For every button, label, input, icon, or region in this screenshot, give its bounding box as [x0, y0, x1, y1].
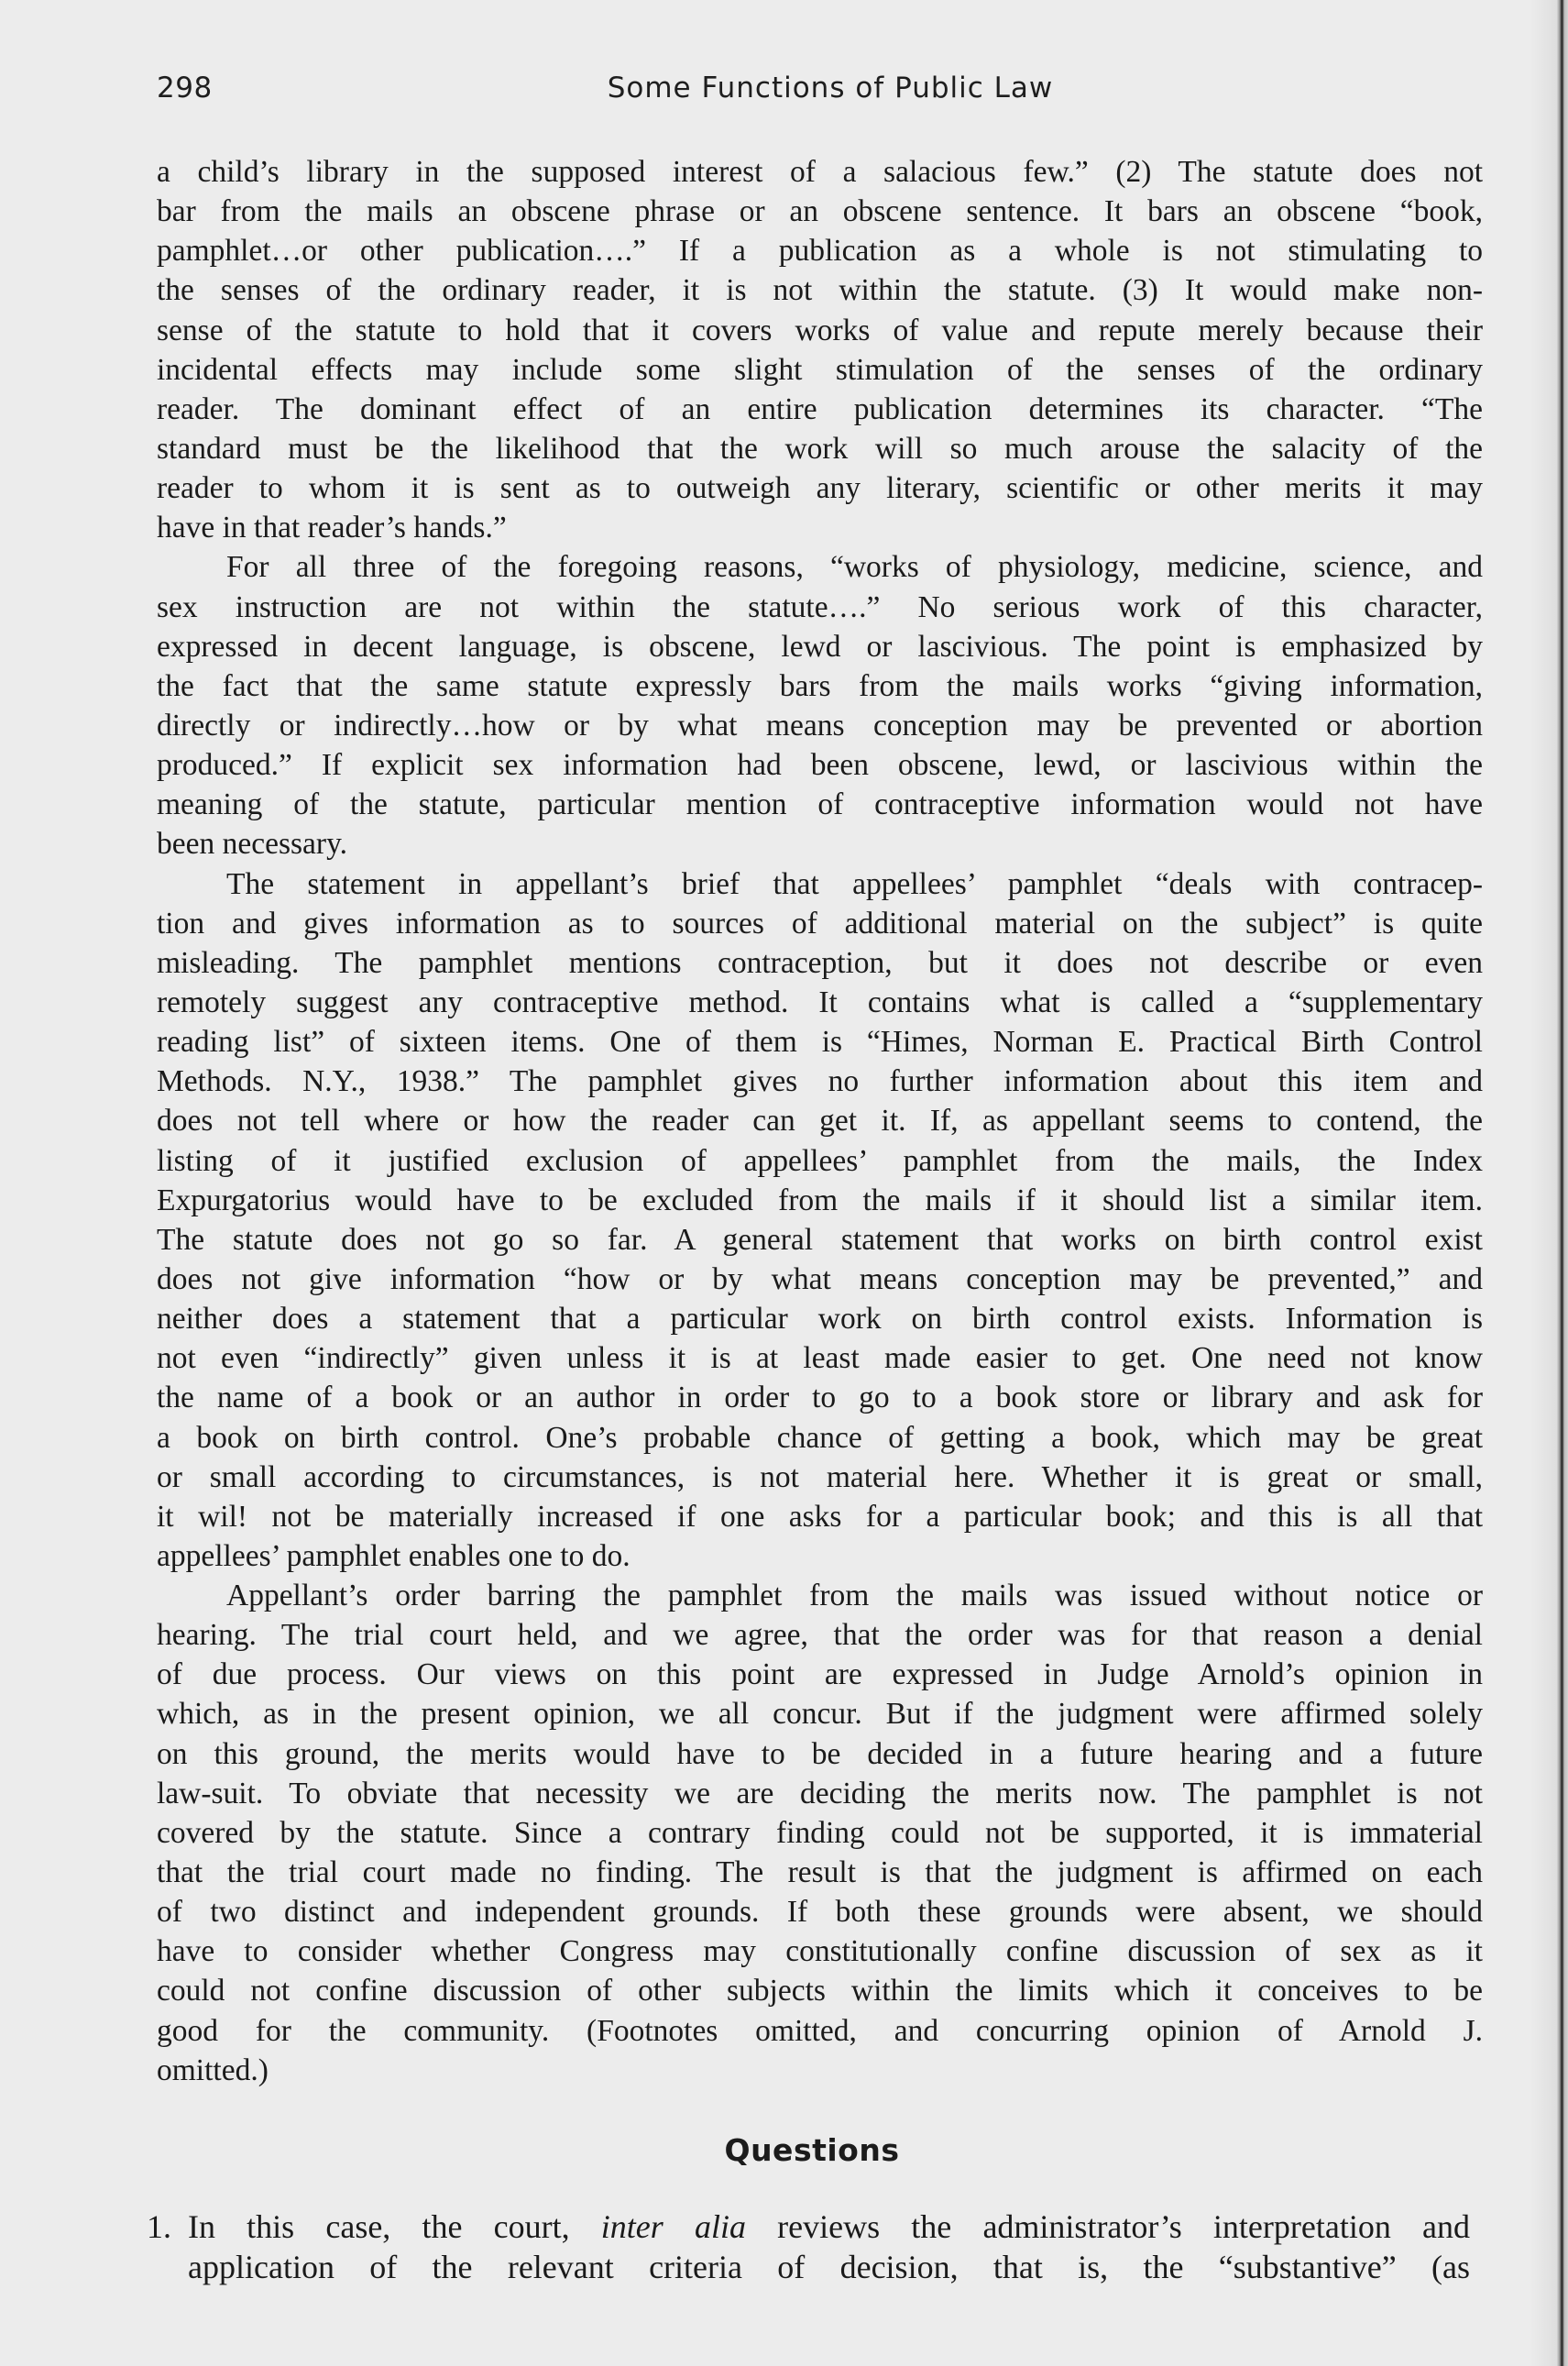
question-line: application of the relevant criteria of … — [188, 2248, 1470, 2288]
text-line: bar from the mails an obscene phrase or … — [157, 192, 1483, 231]
text-line: Methods. N.Y., 1938.” The pamphlet gives… — [157, 1062, 1483, 1101]
text-line: have in that reader’s hands.” — [157, 508, 1483, 547]
text-line: tion and gives information as to sources… — [157, 904, 1483, 943]
text-line: neither does a statement that a particul… — [157, 1299, 1483, 1338]
text-line: remotely suggest any contraceptive metho… — [157, 983, 1483, 1022]
text-line: listing of it justified exclusion of app… — [157, 1141, 1483, 1181]
text-line: does not tell where or how the reader ca… — [157, 1101, 1483, 1140]
text-line: have to consider whether Congress may co… — [157, 1931, 1483, 1971]
text-line: that the trial court made no finding. Th… — [157, 1853, 1483, 1892]
text-line: sex instruction are not within the statu… — [157, 588, 1483, 627]
question-text: reviews the administrator’s interpretati… — [746, 2208, 1470, 2245]
body-text: a child’s library in the supposed intere… — [157, 152, 1483, 2090]
text-line: not even “indirectly” given unless it is… — [157, 1338, 1483, 1378]
text-line: the fact that the same statute expressly… — [157, 666, 1483, 706]
text-line: could not confine discussion of other su… — [157, 1971, 1483, 2010]
text-line: reader. The dominant effect of an entire… — [157, 390, 1483, 429]
text-line: good for the community. (Footnotes omitt… — [157, 2011, 1483, 2051]
text-line: The statute does not go so far. A genera… — [157, 1220, 1483, 1260]
text-line: or small according to circumstances, is … — [157, 1458, 1483, 1497]
running-title: Some Functions of Public Law — [587, 72, 1073, 105]
page-binding-edge — [1557, 0, 1568, 2366]
questions-heading: Questions — [157, 2132, 1467, 2168]
text-line: expressed in decent language, is obscene… — [157, 627, 1483, 666]
text-line: produced.” If explicit sex information h… — [157, 745, 1483, 785]
paragraph: The statement in appellant’s brief that … — [157, 864, 1483, 1577]
text-line: hearing. The trial court held, and we ag… — [157, 1615, 1483, 1655]
text-line: a child’s library in the supposed intere… — [157, 152, 1483, 192]
question-number: 1. — [147, 2207, 171, 2248]
text-line: been necessary. — [157, 824, 1483, 864]
text-line: pamphlet…or other publication….” If a pu… — [157, 231, 1483, 270]
text-line: which, as in the present opinion, we all… — [157, 1694, 1483, 1733]
text-line: appellees’ pamphlet enables one to do. — [157, 1536, 1483, 1576]
question-line: In this case, the court, inter alia revi… — [188, 2207, 1470, 2248]
text-line: on this ground, the merits would have to… — [157, 1734, 1483, 1774]
text-line: omitted.) — [157, 2051, 1483, 2090]
page-number: 298 — [157, 72, 213, 105]
text-line: For all three of the foregoing reasons, … — [157, 547, 1483, 587]
text-line: reader to whom it is sent as to outweigh… — [157, 468, 1483, 508]
text-line: it wil! not be materially increased if o… — [157, 1497, 1483, 1536]
text-line: the senses of the ordinary reader, it is… — [157, 270, 1483, 310]
text-line: standard must be the likelihood that the… — [157, 429, 1483, 468]
text-line: reading list” of sixteen items. One of t… — [157, 1022, 1483, 1062]
text-line: of two distinct and independent grounds.… — [157, 1892, 1483, 1931]
text-line: does not give information “how or by wha… — [157, 1260, 1483, 1299]
questions-list: 1. In this case, the court, inter alia r… — [147, 2207, 1470, 2287]
text-line: meaning of the statute, particular menti… — [157, 785, 1483, 824]
question-item: 1. In this case, the court, inter alia r… — [147, 2207, 1470, 2287]
paragraph: For all three of the foregoing reasons, … — [157, 547, 1483, 864]
text-line: covered by the statute. Since a contrary… — [157, 1813, 1483, 1853]
question-text: In this case, the court, — [188, 2208, 601, 2245]
text-line: The statement in appellant’s brief that … — [157, 864, 1483, 904]
text-line: Expurgatorius would have to be excluded … — [157, 1181, 1483, 1220]
text-line: law-suit. To obviate that necessity we a… — [157, 1774, 1483, 1813]
text-line: incidental effects may include some slig… — [157, 350, 1483, 390]
text-line: of due process. Our views on this point … — [157, 1655, 1483, 1694]
running-head: 298 Some Functions of Public Law — [157, 66, 1483, 112]
text-line: a book on birth control. One’s probable … — [157, 1418, 1483, 1458]
text-line: sense of the statute to hold that it cov… — [157, 311, 1483, 350]
text-line: the name of a book or an author in order… — [157, 1378, 1483, 1417]
text-line: misleading. The pamphlet mentions contra… — [157, 943, 1483, 983]
paragraph: Appellant’s order barring the pamphlet f… — [157, 1576, 1483, 2090]
paragraph: a child’s library in the supposed intere… — [157, 152, 1483, 547]
page-gutter-shadow — [1530, 0, 1557, 2366]
question-italic-term: inter alia — [601, 2208, 746, 2245]
text-line: directly or indirectly…how or by what me… — [157, 706, 1483, 745]
text-line: Appellant’s order barring the pamphlet f… — [157, 1576, 1483, 1615]
